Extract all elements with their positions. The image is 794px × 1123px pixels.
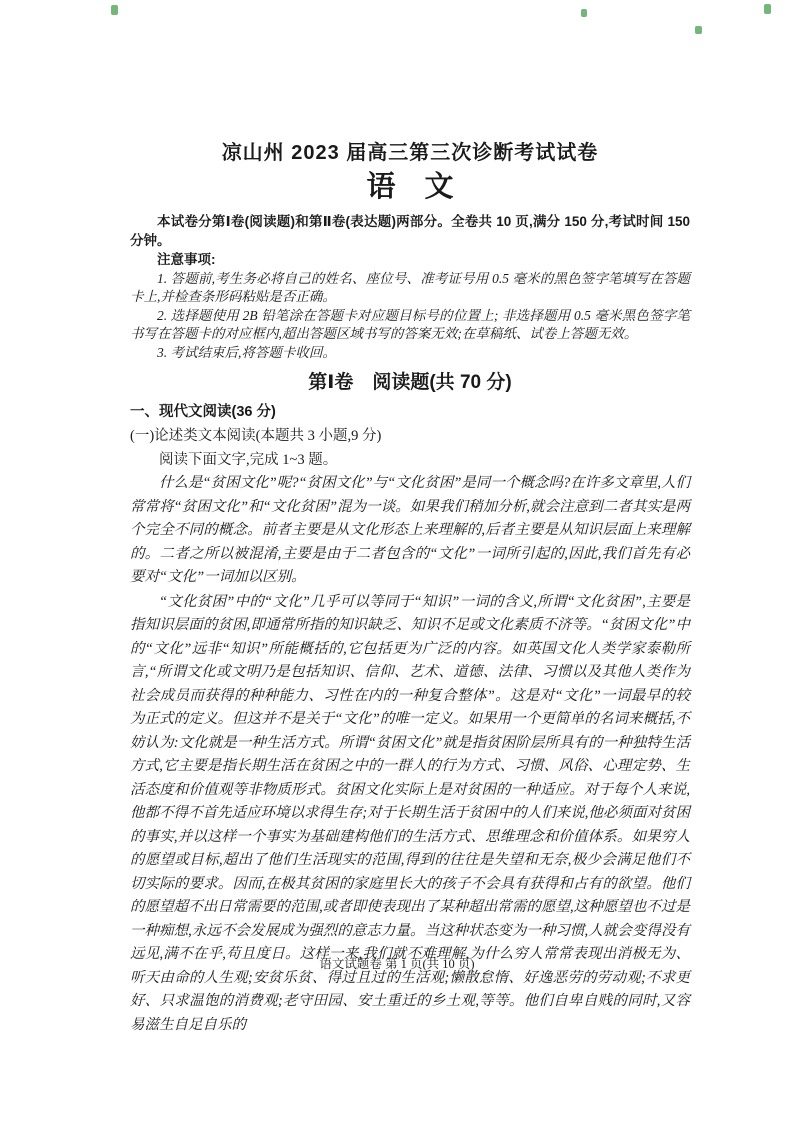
notice-item-2: 2. 选择题使用 2B 铅笔涂在答题卡对应题目标号的位置上; 非选择题用 0.5…: [130, 307, 690, 344]
scan-artifact: [764, 4, 771, 14]
notice-item-3: 3. 考试结束后,将答题卡收回。: [130, 344, 690, 363]
reading-passage: 什么是“贫困文化”呢?“贫困文化”与“文化贫困”是同一个概念吗?在许多文章里,人…: [130, 472, 690, 1037]
passage-instruction: 阅读下面文字,完成 1~3 题。: [130, 448, 690, 472]
section1-heading: 第Ⅰ卷 阅读题(共 70 分): [130, 370, 690, 396]
page-number-footer: 语文试题卷 第 1 页(共 10 页): [0, 955, 794, 973]
scan-artifact: [581, 9, 587, 17]
exam-paper-content: 凉山州 2023 届高三第三次诊断考试试卷 语 文 本试卷分第Ⅰ卷(阅读题)和第…: [130, 140, 690, 1037]
scan-artifact: [695, 26, 702, 34]
notice-item-1: 1. 答题前,考生务必将自己的姓名、座位号、准考证号用 0.5 毫米的黑色签字笔…: [130, 270, 690, 307]
part1-heading: 一、现代文阅读(36 分): [130, 400, 690, 424]
exam-title: 凉山州 2023 届高三第三次诊断考试试卷: [130, 140, 690, 166]
scan-artifact: [111, 5, 118, 15]
exam-intro: 本试卷分第Ⅰ卷(阅读题)和第Ⅱ卷(表达题)两部分。全卷共 10 页,满分 150…: [130, 212, 690, 250]
notice-heading: 注意事项:: [130, 251, 690, 270]
subject-title: 语 文: [130, 170, 690, 204]
passage-paragraph-1: 什么是“贫困文化”呢?“贫困文化”与“文化贫困”是同一个概念吗?在许多文章里,人…: [130, 472, 690, 590]
part1-subheading: (一)论述类文本阅读(本题共 3 小题,9 分): [130, 424, 690, 448]
page: 凉山州 2023 届高三第三次诊断考试试卷 语 文 本试卷分第Ⅰ卷(阅读题)和第…: [0, 0, 794, 1123]
